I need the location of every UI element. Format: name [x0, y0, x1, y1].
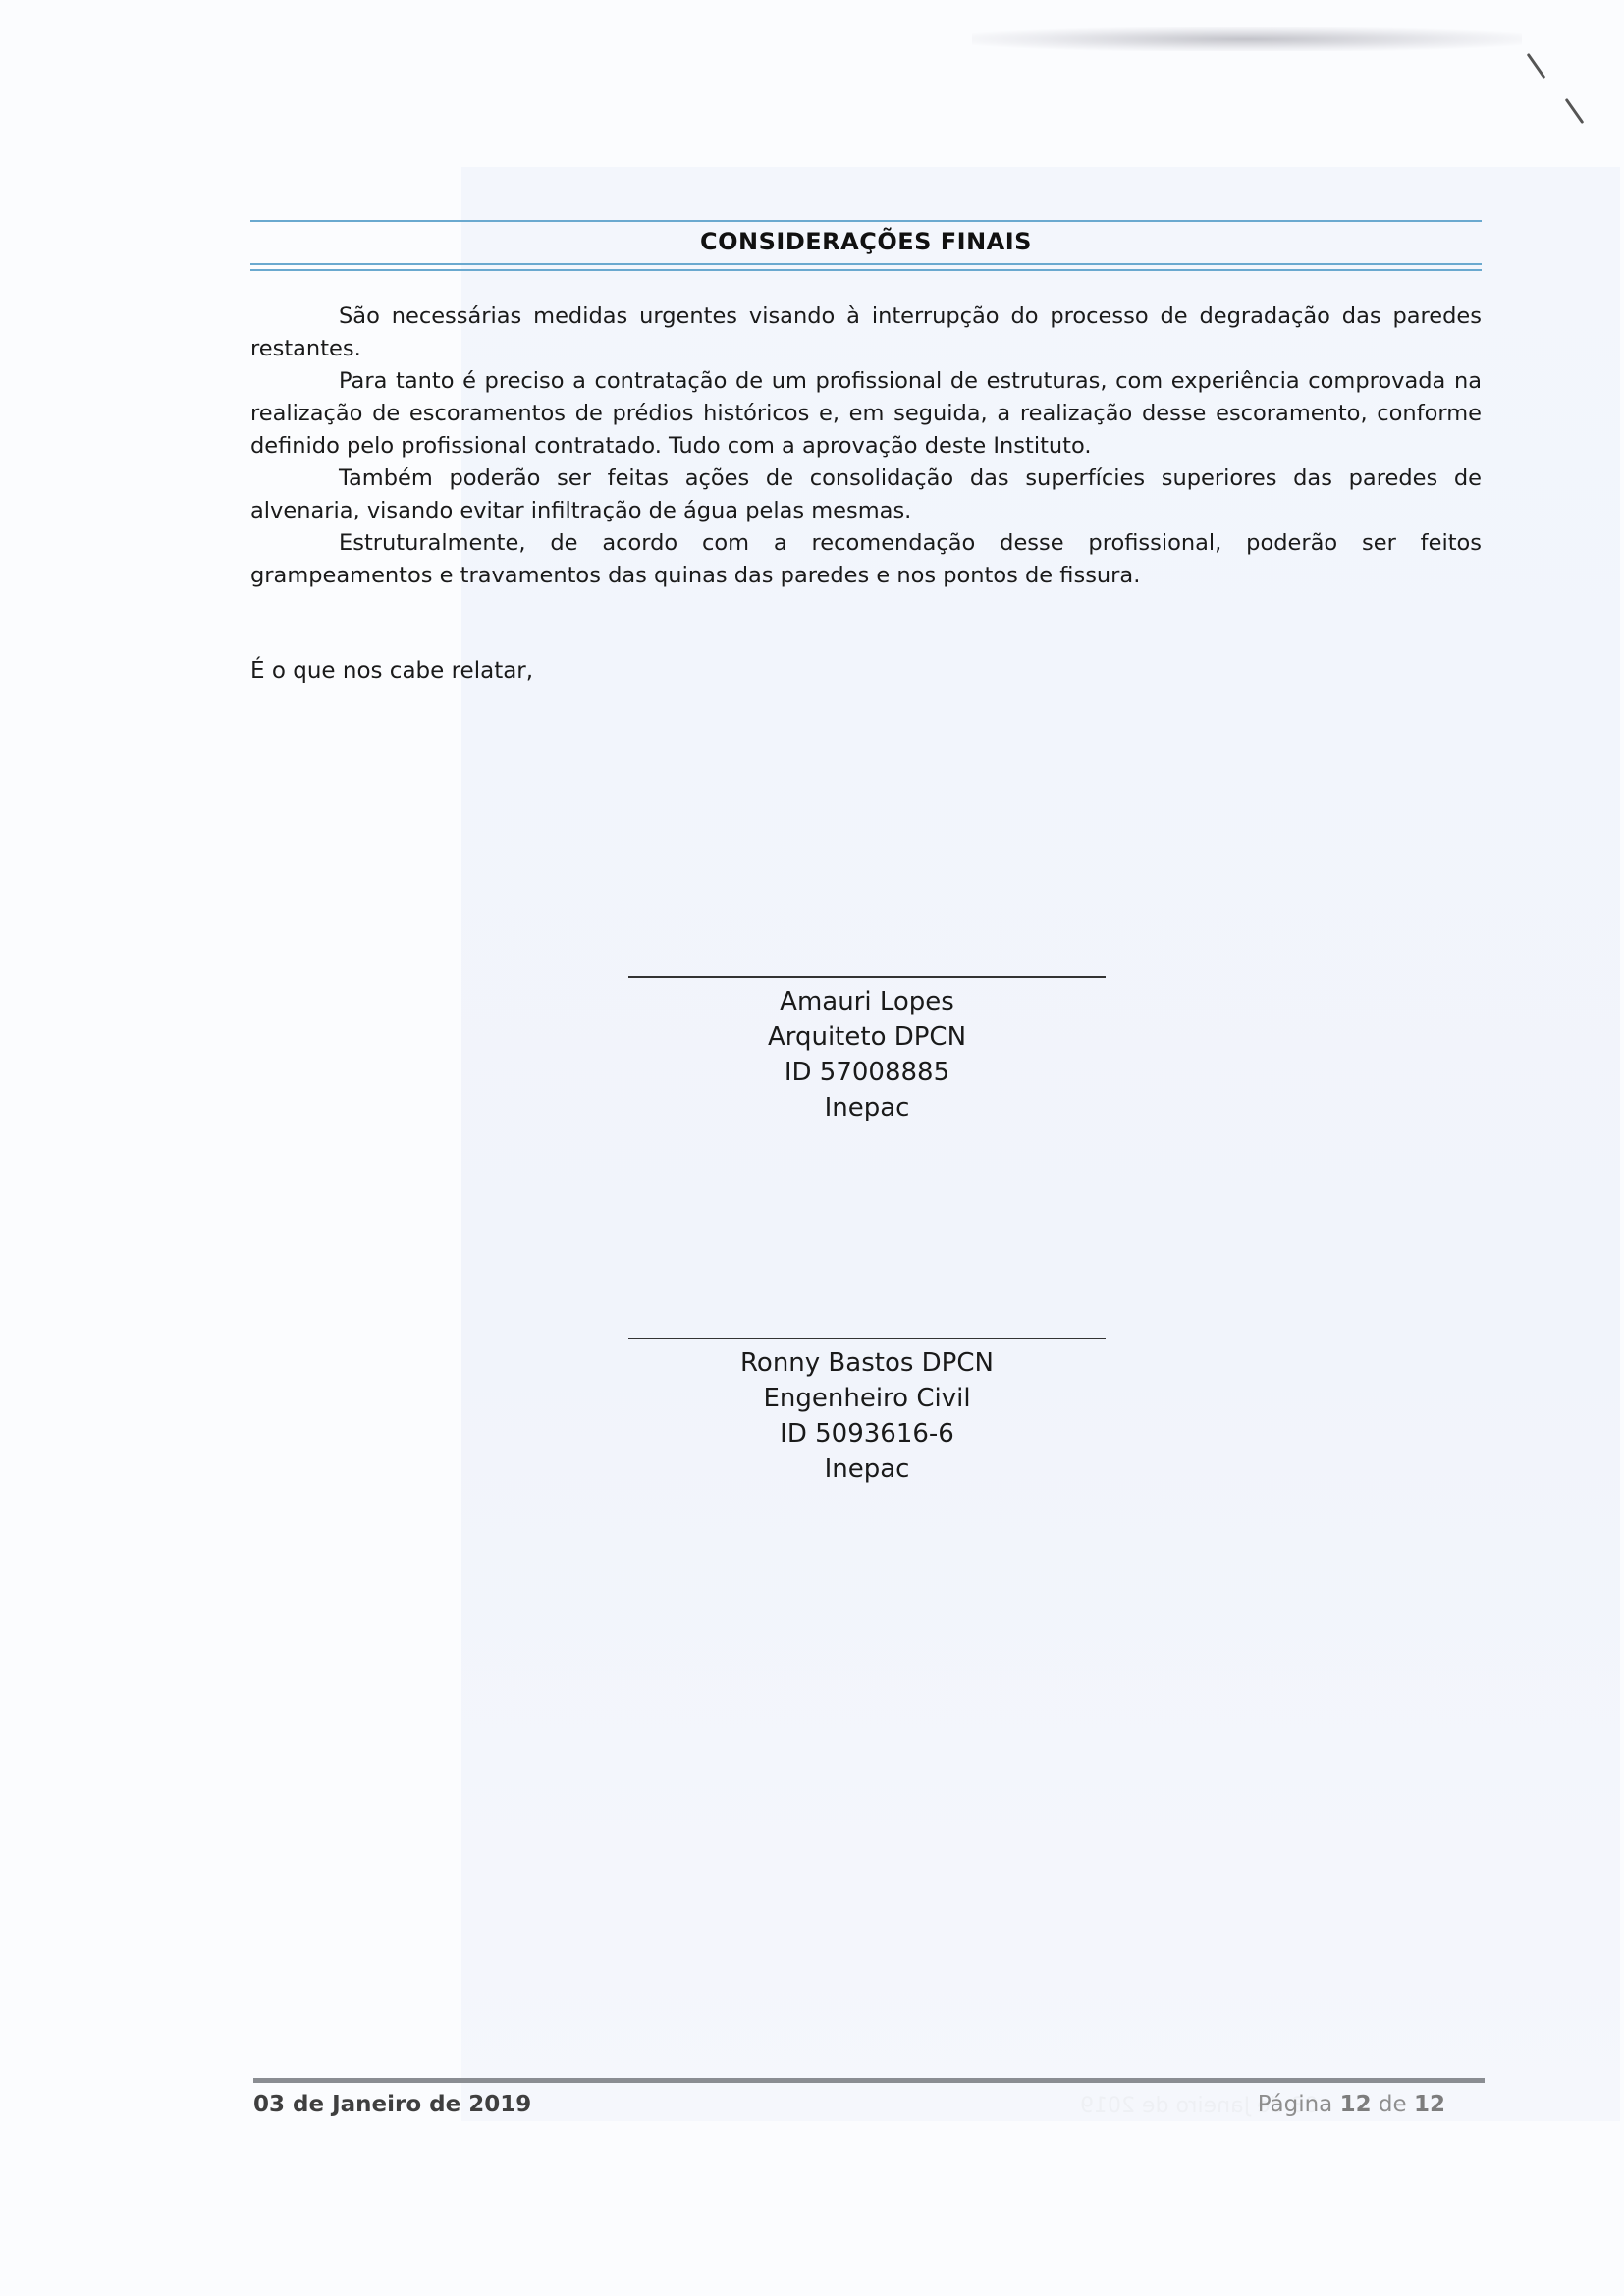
- paragraph: São necessárias medidas urgentes visando…: [250, 301, 1482, 365]
- paragraph: Também poderão ser feitas ações de conso…: [250, 463, 1482, 527]
- signer-id: ID 5093616-6: [628, 1416, 1106, 1451]
- page-label: Página: [1258, 2092, 1333, 2117]
- footer-date: 03 de Janeiro de 2019: [253, 2092, 531, 2117]
- signature-line: [628, 976, 1106, 978]
- scan-smudge: [972, 27, 1522, 51]
- closing-line: É o que nos cabe relatar,: [250, 658, 533, 683]
- signature-block: Amauri Lopes Arquiteto DPCN ID 57008885 …: [628, 976, 1106, 1125]
- signer-org: Inepac: [628, 1451, 1106, 1487]
- signature-line: [628, 1338, 1106, 1339]
- header-rule: [250, 269, 1482, 271]
- paragraph: Estruturalmente, de acordo com a recomen…: [250, 527, 1482, 592]
- footer-rule: [253, 2078, 1485, 2083]
- section-title: CONSIDERAÇÕES FINAIS: [250, 228, 1482, 255]
- staple-icon: [1565, 98, 1585, 124]
- page-total: 12: [1414, 2092, 1445, 2117]
- page-current: 12: [1340, 2092, 1372, 2117]
- signer-id: ID 57008885: [628, 1055, 1106, 1090]
- staple-icon: [1527, 53, 1546, 79]
- header-rule: [250, 263, 1482, 265]
- signer-org: Inepac: [628, 1090, 1106, 1125]
- signer-name: Amauri Lopes: [628, 984, 1106, 1019]
- body-text: São necessárias medidas urgentes visando…: [250, 301, 1482, 592]
- page-number: Página 12 de 12: [1258, 2092, 1445, 2117]
- signer-role: Engenheiro Civil: [628, 1381, 1106, 1416]
- header-rule: [250, 220, 1482, 222]
- paragraph: Para tanto é preciso a contratação de um…: [250, 365, 1482, 463]
- signer-name: Ronny Bastos DPCN: [628, 1345, 1106, 1381]
- signer-role: Arquiteto DPCN: [628, 1019, 1106, 1055]
- page-of: de: [1379, 2092, 1407, 2117]
- signature-block: Ronny Bastos DPCN Engenheiro Civil ID 50…: [628, 1338, 1106, 1487]
